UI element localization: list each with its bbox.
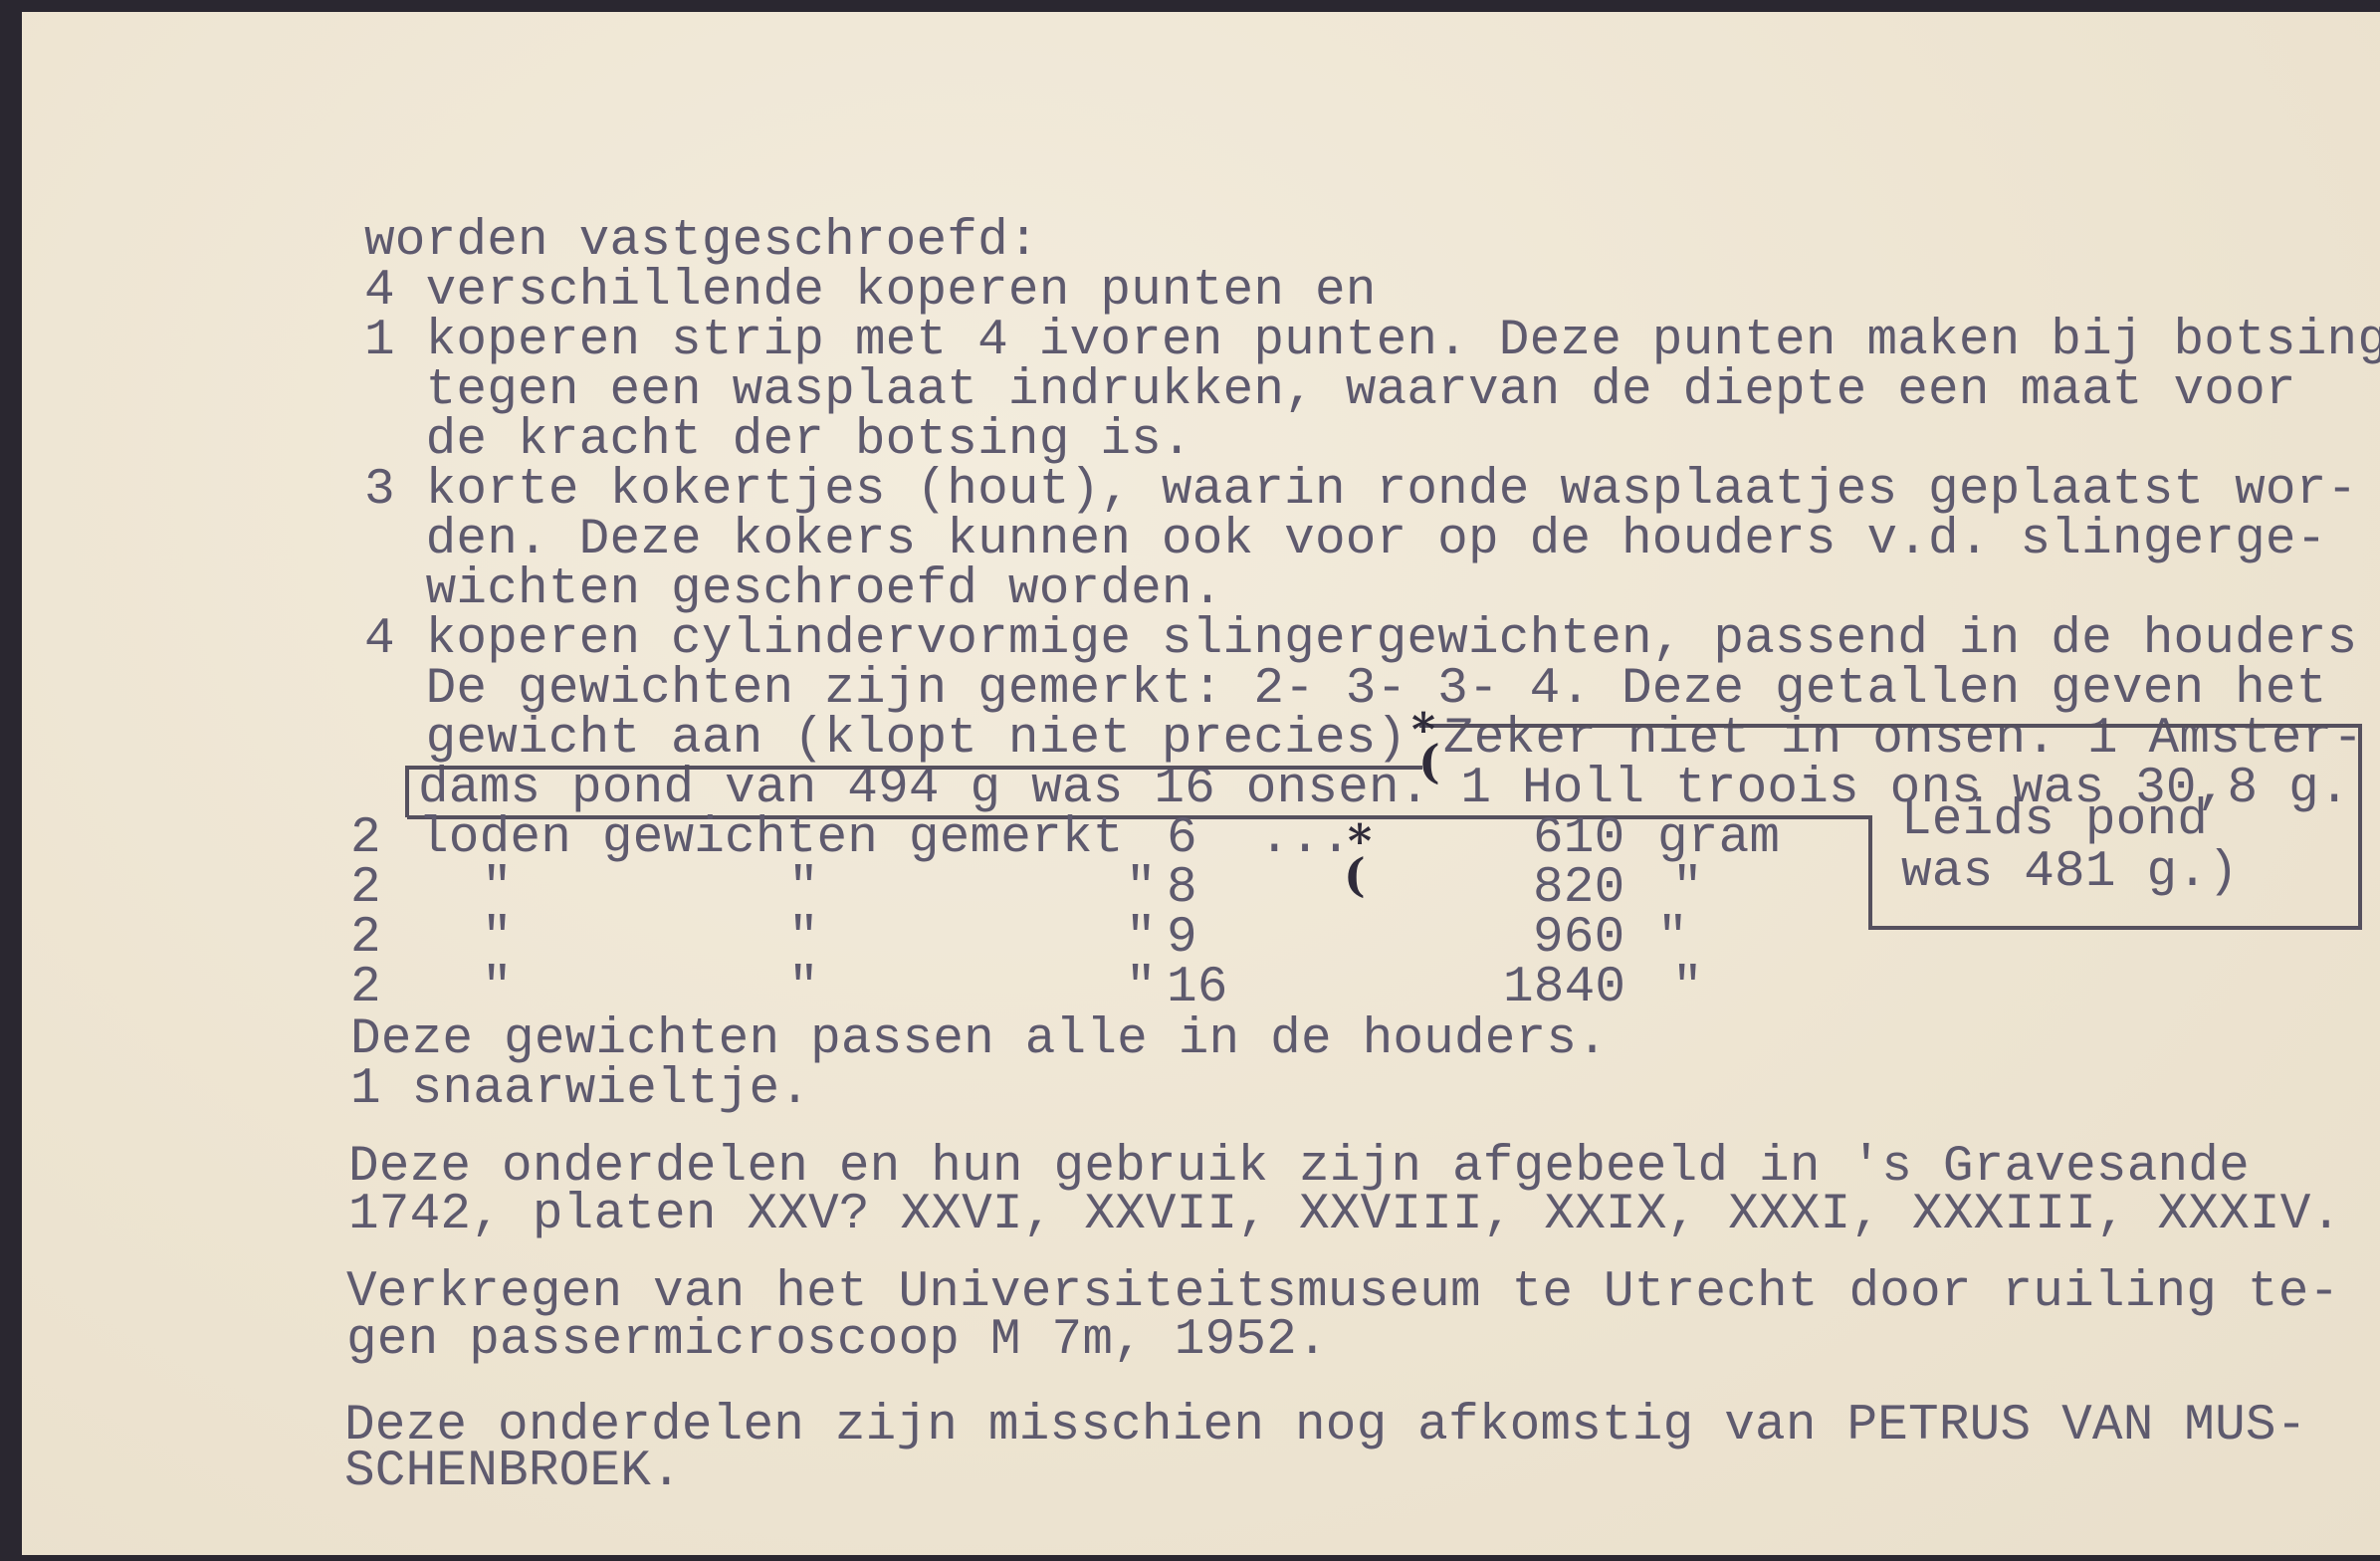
unit-cell: " [1672,964,1703,1013]
text-line: 4 koperen cylindervormige slingergewicht… [364,615,2357,665]
count-cell: 2 [350,914,381,964]
text-line: 1 snaarwieltje. [350,1065,810,1115]
unit-cell: gram [1657,814,1780,864]
annotation-line: was 481 g.) [1901,848,2239,898]
text-line: de kracht der botsing is. [364,416,1192,466]
annotation-line: Zeker niet in onsen. 1 Amster- [1443,715,2363,765]
text-line: worden vastgeschroefd: [364,217,1039,267]
paragraph-line: gen passermicroscoop M 7m, 1952. [346,1316,1328,1366]
text-line: Deze gewichten passen alle in de houders… [350,1015,1608,1065]
desc-cell: " " " [482,914,1157,964]
annotation-box-bottom-right [1868,926,2362,930]
mark-cell: 9 [1167,914,1197,964]
mark-cell: 6 [1167,814,1197,864]
annotation-box-top [1419,724,2362,728]
grams-cell: 1840 [1503,964,1625,1013]
text-line: 3 korte kokertjes (hout), waarin ronde w… [364,466,2357,516]
text-line: 1 koperen strip met 4 ivoren punten. Dez… [364,317,2380,366]
count-cell: 2 [350,814,381,864]
annotation-line: Leids pond [1901,796,2208,846]
annotation-box-left [405,766,409,817]
text-line: den. Deze kokers kunnen ook voor op de h… [364,516,2327,565]
desc-cell: " " " [482,964,1157,1013]
count-cell: 2 [350,964,381,1013]
unit-cell: " [1657,914,1688,964]
note-cell: ... [1259,814,1351,864]
paragraph-line: Verkregen van het Universiteitsmuseum te… [346,1268,2339,1318]
annotation-box-notch [1868,815,1872,928]
text-line: 4 verschillende koperen punten en [364,267,1377,317]
grams-cell: 960 [1533,914,1624,964]
paragraph-line: SCHENBROEK. [344,1448,682,1497]
text-line: gewicht aan (klopt niet precies) [364,715,1406,765]
grams-cell: 610 [1533,814,1624,864]
count-cell: 2 [350,864,381,914]
desc-cell: loden gewichten gemerkt [418,814,1124,864]
annotation-box-middle [407,766,1422,770]
text-line: tegen een wasplaat indrukken, waarvan de… [364,366,2296,416]
paragraph-line: 1742, platen XXV? XXVI, XXVII, XXVIII, X… [348,1191,2341,1240]
annotation-box-right [2358,724,2362,930]
mark-cell: 16 [1167,964,1228,1013]
text-line: wichten geschroefd worden. [364,565,1223,615]
bracket-mark-icon: ( [1418,735,1440,788]
paragraph-line: Deze onderdelen en hun gebruik zijn afge… [348,1143,2250,1193]
desc-cell: " " " [482,864,1157,914]
grams-cell: 820 [1533,864,1624,914]
mark-cell: 8 [1167,864,1197,914]
unit-cell: " [1672,864,1703,914]
text-line: De gewichten zijn gemerkt: 2- 3- 3- 4. D… [364,665,2327,715]
